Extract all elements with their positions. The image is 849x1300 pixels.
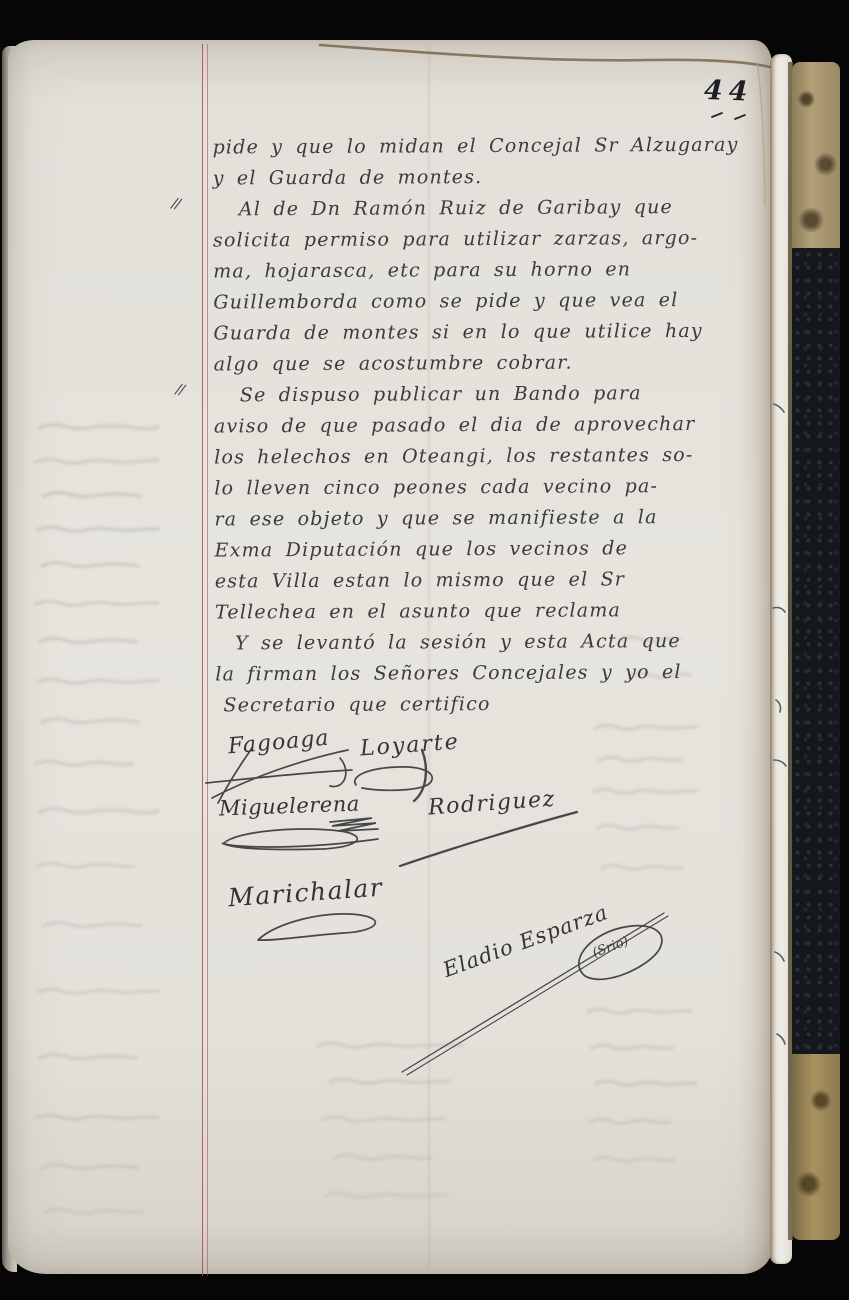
text-line: Se dispuso publicar un Bando para — [214, 378, 774, 412]
text-line: Tellechea en el asunto que reclama — [215, 595, 775, 629]
signature-miguelerena: Miguelerena — [219, 792, 361, 821]
folio-number: 44 — [703, 75, 764, 108]
text-line: y el Guarda de montes. — [213, 161, 773, 195]
text-line: pide y que lo midan el Concejal Sr Alzug… — [212, 130, 772, 164]
text-line: ra ese objeto y que se manifieste a la — [214, 502, 774, 536]
text-line: Exma Diputación que los vecinos de — [215, 533, 775, 567]
text-line: aviso de que pasado el dia de aprovechar — [214, 409, 774, 443]
text-line: Y se levantó la sesión y esta Acta que — [215, 626, 775, 660]
manuscript-text-block: pide y que lo midan el Concejal Sr Alzug… — [212, 130, 775, 722]
text-line: algo que se acostumbre cobrar. — [214, 347, 774, 381]
text-line: solicita permiso para utilizar zarzas, a… — [213, 223, 773, 257]
text-line: lo lleven cinco peones cada vecino pa- — [214, 471, 774, 505]
text-line: esta Villa estan lo mismo que el Sr — [215, 564, 775, 598]
book-binding — [792, 62, 840, 1240]
binding-spine-top — [792, 62, 840, 248]
binding-spine-bottom — [792, 1054, 840, 1240]
book-scan-photo: 44 // // pide y que lo midan el Concejal… — [0, 0, 849, 1300]
text-line: ma, hojarasca, etc para su horno en — [213, 254, 773, 288]
text-line: Secretario que certifico — [215, 688, 775, 722]
leather-cover-edge — [792, 248, 840, 1054]
text-line: los helechos en Oteangi, los restantes s… — [214, 440, 774, 474]
text-line: la firman los Señores Concejales y yo el — [215, 657, 775, 691]
red-margin-rule — [202, 44, 208, 1276]
text-line: Al de Dn Ramón Ruiz de Garibay que — [213, 192, 773, 226]
text-line: Guillemborda como se pide y que vea el — [213, 285, 773, 319]
text-line: Guarda de montes si en lo que utilice ha… — [213, 316, 773, 350]
